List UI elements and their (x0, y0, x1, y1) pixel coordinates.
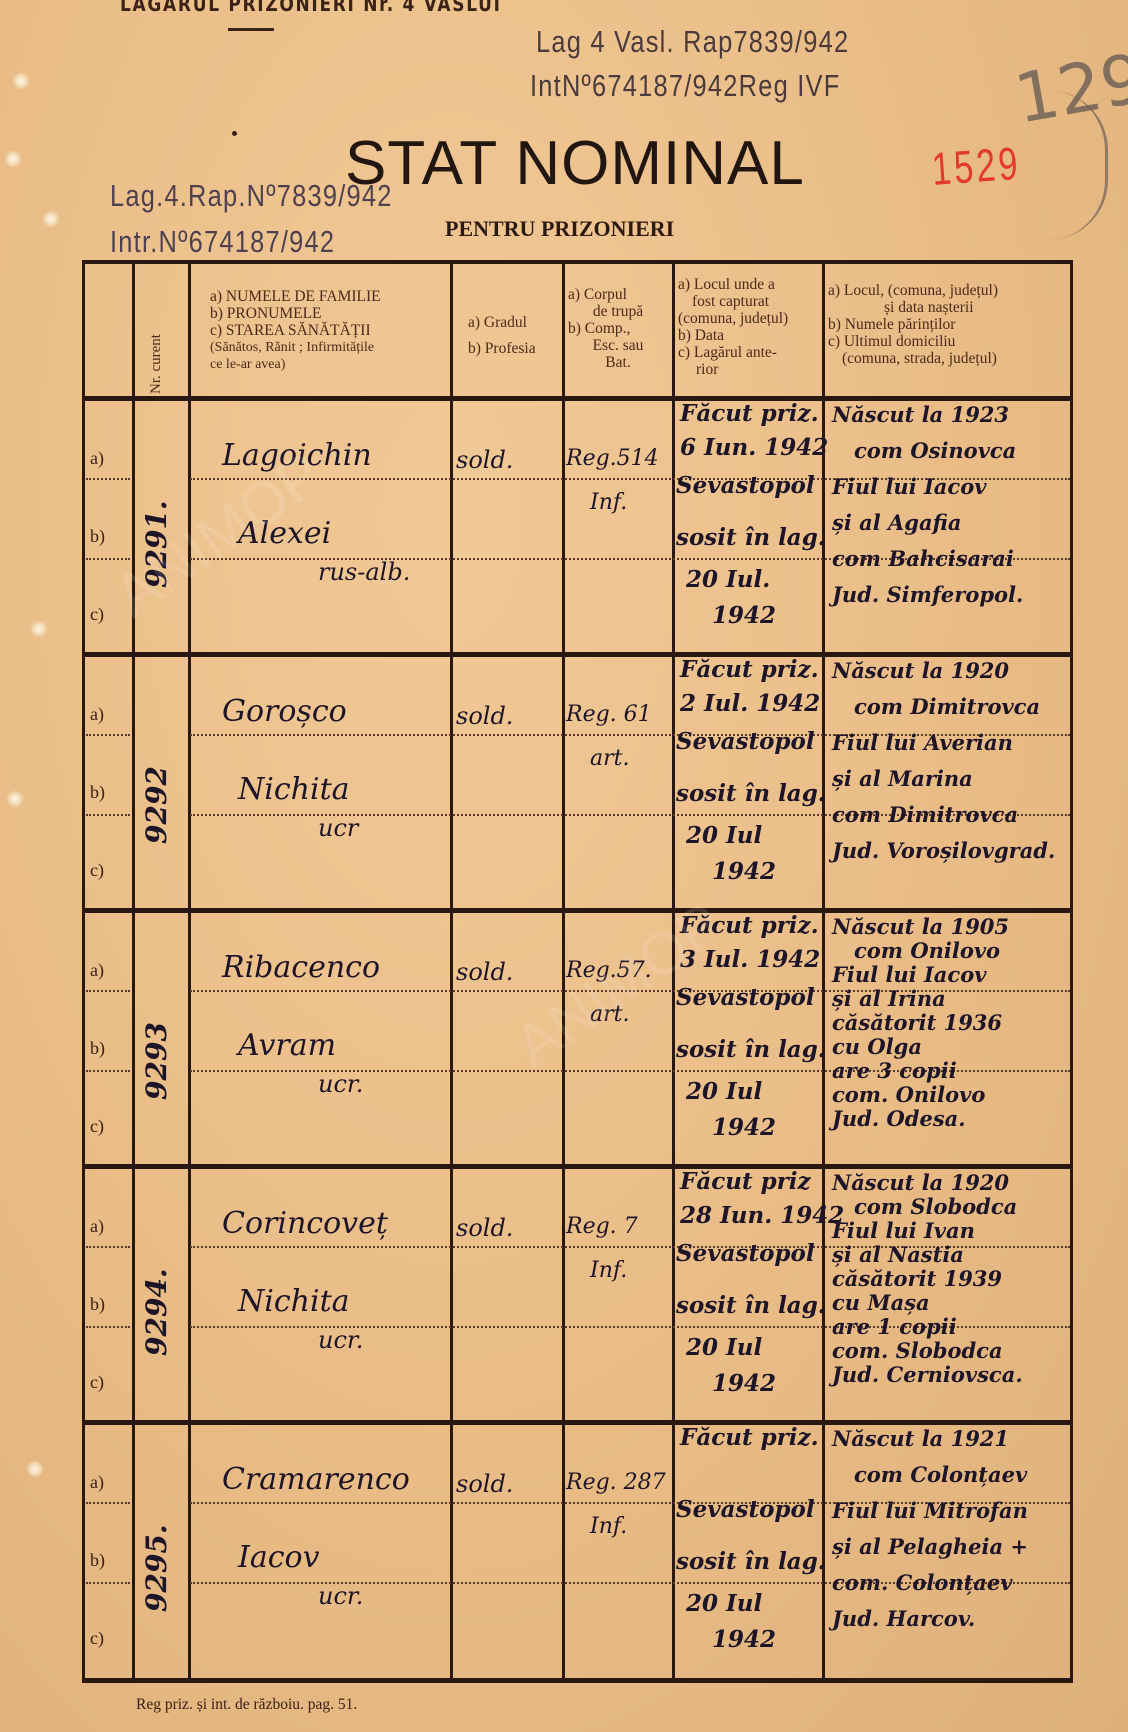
subrow-label-a: a) (90, 960, 104, 981)
family-name: Ribacenco (222, 950, 380, 985)
birth-info-line: Jud. Voroșilovgrad. (832, 838, 1055, 863)
capture-info-line: sosit în lag. (676, 1548, 826, 1575)
document-title: STAT NOMINAL (345, 128, 805, 199)
row-rule (82, 908, 1073, 913)
birth-info-line: com Slobodca (854, 1194, 1017, 1219)
first-name: Alexei (238, 516, 331, 551)
birth-info-line: și al Marina (832, 766, 973, 791)
capture-info-line: 28 Iun. 1942 (680, 1202, 844, 1229)
unit-regiment: Reg. 287 (566, 1470, 666, 1495)
subrow-divider (86, 1502, 130, 1504)
birth-info-line: și al Pelagheia + (832, 1534, 1028, 1559)
table-bottom-rule (82, 1678, 1073, 1683)
birth-info-line: are 1 copii (832, 1314, 957, 1339)
rank: sold. (456, 958, 513, 986)
birth-info-line: com. Colonțaev (832, 1570, 1012, 1595)
red-page-number: 1529 (930, 136, 1022, 196)
punch-hole (6, 790, 24, 808)
column-rule (188, 262, 191, 1680)
capture-info-line: 1942 (712, 858, 776, 885)
capture-info-line: 20 Iul (686, 822, 762, 849)
rank: sold. (456, 1470, 513, 1498)
reference-stamp-right-1: Lag 4 Vasl. Rap7839/942 (536, 24, 849, 60)
table-top-rule (82, 260, 1073, 264)
birth-info-line: com Bahcisarai (832, 546, 1014, 571)
reference-stamp-left-2: Intr.Nº674187/942 (110, 224, 335, 260)
subrow-label-a: a) (90, 448, 104, 469)
capture-info-line: 20 Iul (686, 1078, 762, 1105)
first-name: Avram (238, 1028, 336, 1063)
health-status: rus-alb. (318, 558, 410, 586)
capture-info-line: 1942 (712, 1626, 776, 1653)
first-name: Nichita (238, 772, 350, 807)
capture-info-line: 1942 (712, 1114, 776, 1141)
capture-info-line: sosit în lag. (676, 780, 826, 807)
capture-info-line: Făcut priz. (680, 912, 819, 939)
punch-hole (12, 72, 30, 90)
capture-info-line: Sevastopol (676, 1496, 815, 1523)
birth-info-line: cu Mașa (832, 1290, 930, 1315)
header-capture: a) Locul unde afost capturat (comuna, ju… (678, 276, 813, 378)
capture-info-line: Sevastopol (676, 728, 815, 755)
health-status: ucr. (318, 1070, 363, 1098)
birth-info-line: și al Nastia (832, 1242, 964, 1267)
capture-info-line: sosit în lag. (676, 524, 826, 551)
capture-info-line: 1942 (712, 602, 776, 629)
capture-info-line: Făcut priz. (680, 1424, 819, 1451)
capture-info-line: Făcut priz. (680, 400, 819, 427)
rank: sold. (456, 446, 513, 474)
record-number: 9293 (140, 1022, 173, 1100)
record-number: 9292 (140, 766, 173, 844)
health-status: ucr. (318, 1582, 363, 1610)
birth-info-line: Născut la 1920 (832, 1170, 1009, 1195)
first-name: Nichita (238, 1284, 350, 1319)
record-number: 9295. (140, 1524, 173, 1612)
health-status: ucr (318, 814, 358, 842)
header-rank: a) Gradulb) Profesia (468, 310, 536, 362)
family-name: Goroșco (222, 694, 347, 729)
subrow-label-a: a) (90, 704, 104, 725)
unit-branch: Inf. (590, 490, 627, 515)
column-rule (672, 262, 675, 1680)
subrow-label-c: c) (90, 860, 104, 881)
capture-info-line: Făcut priz (680, 1168, 811, 1195)
header-names: a) NUMELE DE FAMILIEb) PRONUMELEc) STARE… (210, 288, 381, 373)
row-rule (82, 652, 1073, 657)
prisoner-register-table: Nr. curent a) NUMELE DE FAMILIEb) PRONUM… (82, 262, 1074, 1680)
subrow-label-b: b) (90, 526, 105, 547)
subrow-label-b: b) (90, 1294, 105, 1315)
birth-info-line: com Colonțaev (854, 1462, 1027, 1487)
birth-info-line: com Onilovo (854, 938, 1000, 963)
first-name: Iacov (238, 1540, 320, 1575)
ink-dot (232, 131, 237, 136)
rank: sold. (456, 702, 513, 730)
capture-info-line: 20 Iul (686, 1334, 762, 1361)
rank: sold. (456, 1214, 513, 1242)
family-name: Lagoichin (222, 438, 372, 473)
family-name: Corincoveț (222, 1206, 388, 1241)
subrow-divider (86, 1582, 130, 1584)
capture-info-line: 20 Iul (686, 1590, 762, 1617)
subrow-divider (86, 814, 130, 816)
subrow-divider (86, 478, 130, 480)
capture-info-line: 20 Iul. (686, 566, 770, 593)
column-rule (82, 262, 85, 1680)
birth-info-line: Jud. Harcov. (832, 1606, 975, 1631)
subrow-label-b: b) (90, 782, 105, 803)
birth-info-line: Fiul lui Iacov (832, 962, 986, 987)
capture-info-line: 3 Iul. 1942 (680, 946, 820, 973)
birth-info-line: și al Agafia (832, 510, 961, 535)
subrow-divider (86, 990, 130, 992)
subrow-label-a: a) (90, 1472, 104, 1493)
capture-info-line: 6 Iun. 1942 (680, 434, 828, 461)
unit-regiment: Reg. 61 (566, 702, 652, 727)
subrow-divider (86, 558, 130, 560)
subrow-divider (86, 1326, 130, 1328)
form-footer: Reg priz. și int. de războiu. pag. 51. (136, 1696, 357, 1714)
header-birth: a) Locul, (comuna, județul)și data naște… (828, 282, 1068, 367)
birth-info-line: Născut la 1921 (832, 1426, 1009, 1451)
subrow-label-c: c) (90, 1116, 104, 1137)
birth-info-line: Jud. Cerniovsca. (832, 1362, 1023, 1387)
capture-info-line: Sevastopol (676, 472, 815, 499)
birth-info-line: Jud. Odesa. (832, 1106, 966, 1131)
subrow-label-c: c) (90, 1372, 104, 1393)
birth-info-line: com. Slobodca (832, 1338, 1003, 1363)
subrow-label-c: c) (90, 1628, 104, 1649)
unit-regiment: Reg. 7 (566, 1214, 638, 1239)
unit-branch: Inf. (590, 1514, 627, 1539)
birth-info-line: Născut la 1923 (832, 402, 1009, 427)
unit-regiment: Reg.57. (566, 958, 652, 983)
birth-info-line: Fiul lui Ivan (832, 1218, 975, 1243)
punch-hole (4, 150, 22, 168)
unit-branch: Inf. (590, 1258, 627, 1283)
birth-info-line: Născut la 1905 (832, 914, 1009, 939)
row-rule (82, 396, 1073, 401)
stamp-underline (228, 28, 274, 31)
record-number: 9294. (140, 1268, 173, 1356)
subrow-divider (86, 1246, 130, 1248)
unit-branch: art. (590, 1002, 629, 1027)
capture-info-line: sosit în lag. (676, 1036, 826, 1063)
reference-stamp-right-2: IntNº674187/942Reg IVF (530, 68, 841, 104)
birth-info-line: căsătorit 1939 (832, 1266, 1002, 1291)
health-status: ucr. (318, 1326, 363, 1354)
birth-info-line: Jud. Simferopol. (832, 582, 1023, 607)
birth-info-line: Fiul lui Iacov (832, 474, 986, 499)
subrow-label-b: b) (90, 1038, 105, 1059)
birth-info-line: căsătorit 1936 (832, 1010, 1002, 1035)
subrow-label-c: c) (90, 604, 104, 625)
reference-stamp-left-1: Lag.4.Rap.Nº7839/942 (110, 178, 393, 214)
birth-info-line: com Dimitrovca (832, 802, 1018, 827)
capture-info-line: Sevastopol (676, 984, 815, 1011)
row-rule (82, 1420, 1073, 1425)
birth-info-line: Născut la 1920 (832, 658, 1009, 683)
unit-branch: art. (590, 746, 629, 771)
subrow-label-b: b) (90, 1550, 105, 1571)
capture-info-line: Sevastopol (676, 1240, 815, 1267)
punch-hole (26, 1460, 44, 1478)
column-rule (822, 262, 825, 1680)
punch-hole (30, 620, 48, 638)
column-rule (132, 262, 135, 1680)
birth-info-line: cu Olga (832, 1034, 922, 1059)
birth-info-line: are 3 copii (832, 1058, 957, 1083)
punch-hole (42, 210, 60, 228)
document-subtitle: PENTRU PRIZONIERI (445, 216, 674, 242)
birth-info-line: Fiul lui Averian (832, 730, 1013, 755)
subrow-divider (86, 1070, 130, 1072)
header-unit: a) Corpulde trupă b) Comp.,Esc. sauBat. (568, 286, 668, 371)
column-rule (562, 262, 565, 1680)
birth-info-line: com Osinovca (854, 438, 1016, 463)
birth-info-line: com. Onilovo (832, 1082, 985, 1107)
column-rule (1070, 262, 1073, 1680)
header-nr-current: Nr. curent (148, 334, 165, 394)
row-rule (82, 1164, 1073, 1169)
birth-info-line: și al Irina (832, 986, 946, 1011)
capture-info-line: Făcut priz. (680, 656, 819, 683)
birth-info-line: com Dimitrovca (854, 694, 1040, 719)
subrow-label-a: a) (90, 1216, 104, 1237)
column-rule (450, 262, 453, 1680)
capture-info-line: sosit în lag. (676, 1292, 826, 1319)
subrow-divider (86, 734, 130, 736)
capture-info-line: 2 Iul. 1942 (680, 690, 820, 717)
birth-info-line: Fiul lui Mitrofan (832, 1498, 1028, 1523)
capture-info-line: 1942 (712, 1370, 776, 1397)
family-name: Cramarenco (222, 1462, 410, 1497)
record-number: 9291. (140, 500, 173, 588)
camp-stamp: LAGĂRUL PRIZONIERI Nr. 4 VASLUI (120, 0, 502, 16)
unit-regiment: Reg.514 (566, 446, 659, 471)
